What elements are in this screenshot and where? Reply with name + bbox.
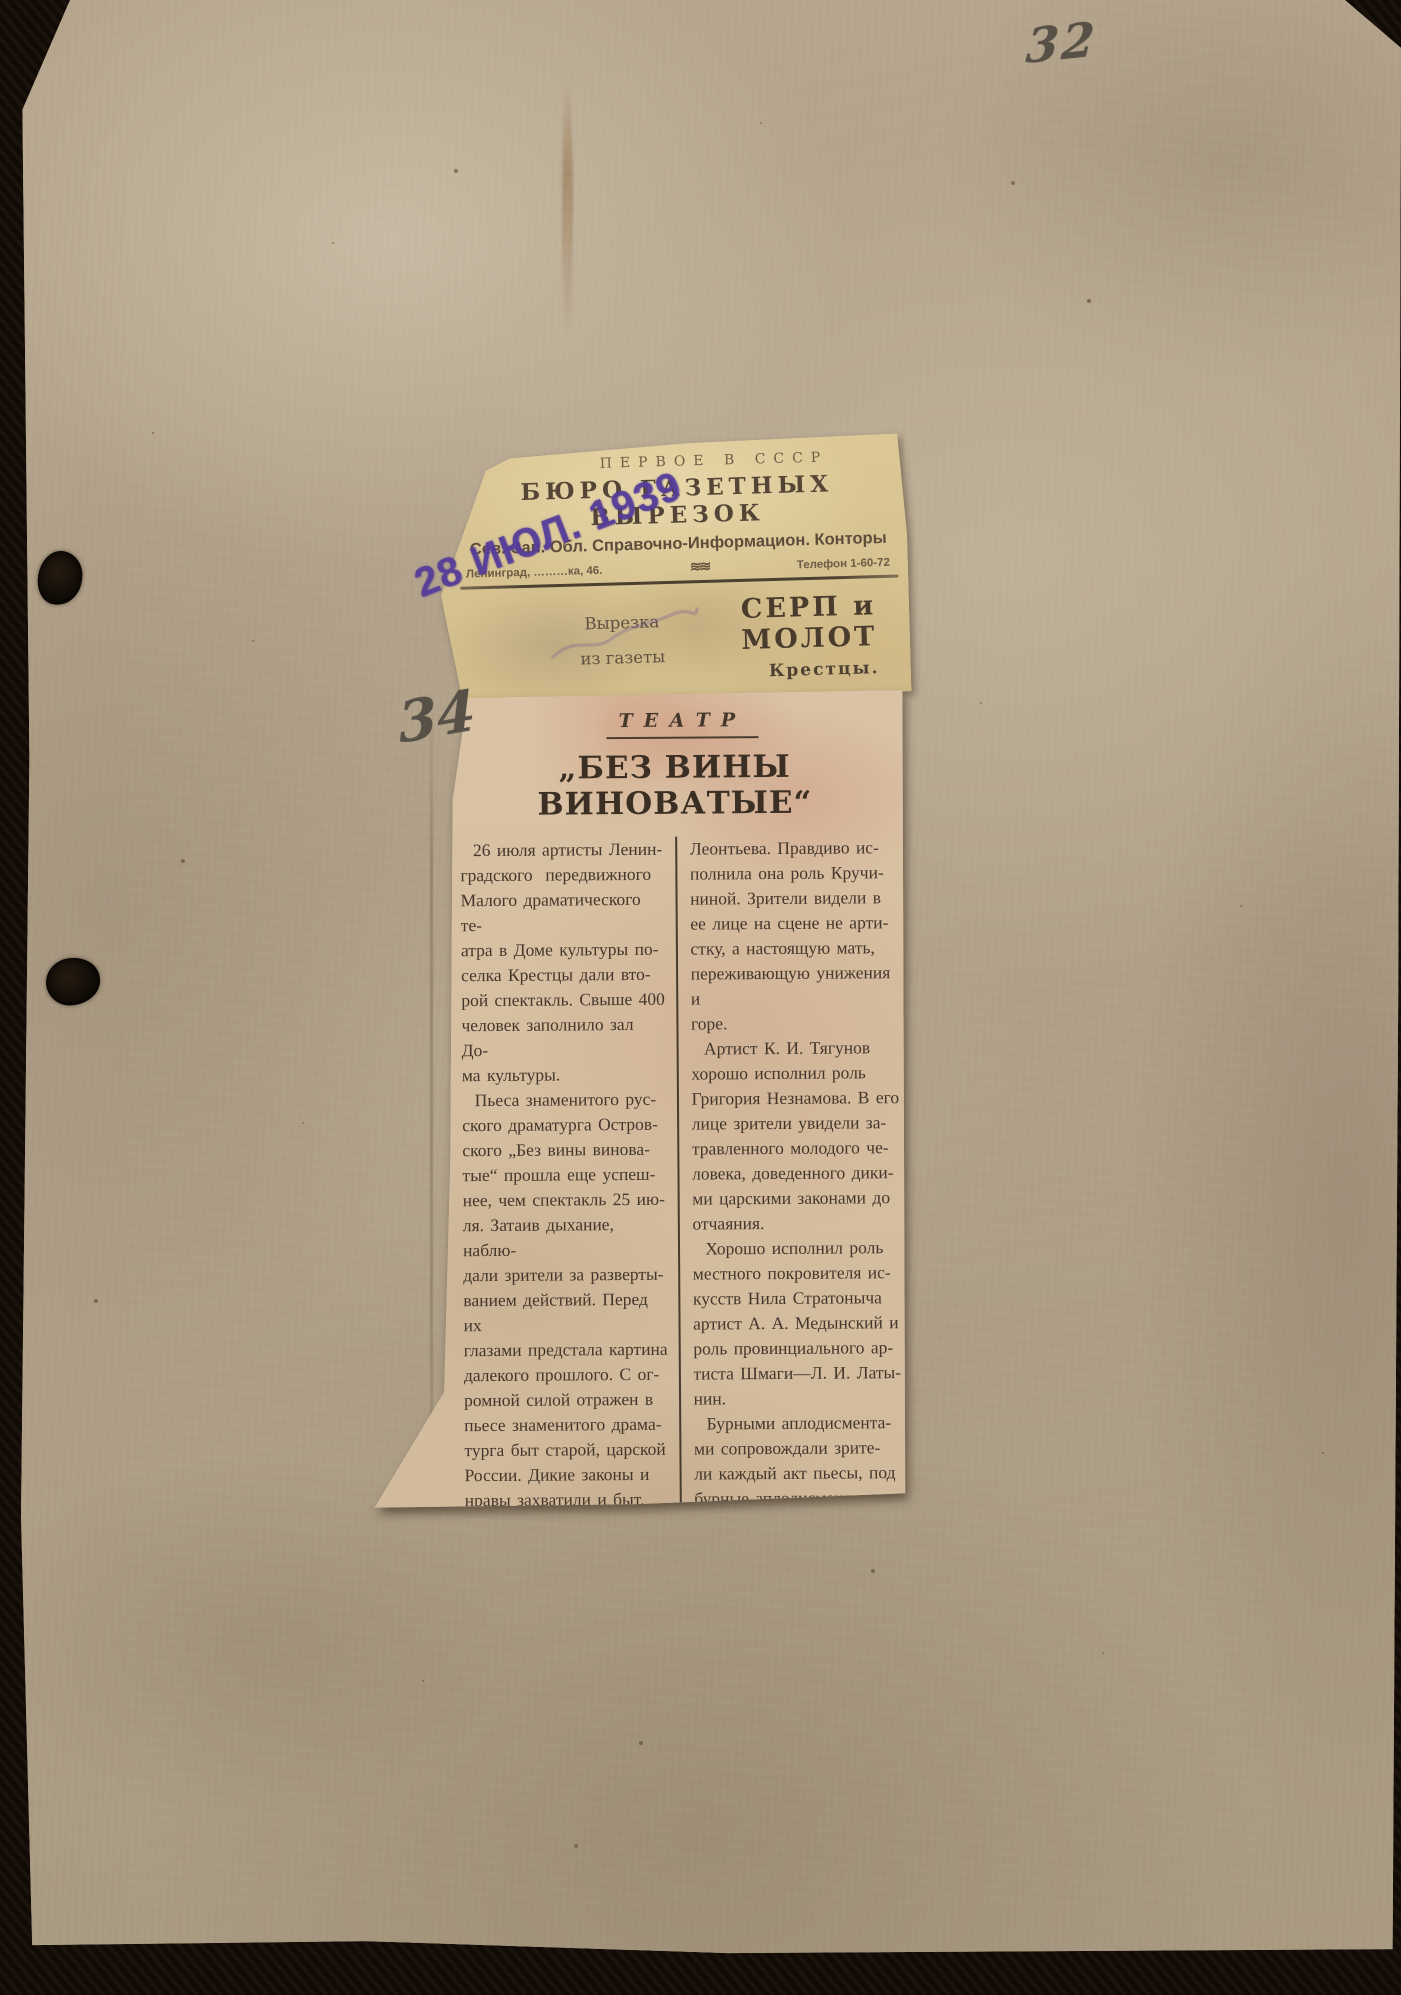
newspaper-name: СЕРП и МОЛОТ <box>717 590 900 657</box>
handwritten-clipping-number: 34 <box>396 677 477 757</box>
handwritten-page-number: 32 <box>1024 12 1099 75</box>
printer-ornament-icon: ≋≋ <box>690 558 710 576</box>
stain-streak <box>562 82 573 340</box>
source-block: СЕРП и МОЛОТ Крестцы. <box>717 588 901 683</box>
paper-specks <box>0 0 2 2</box>
newspaper-place: Крестцы. <box>733 657 915 682</box>
article-clipping: ТЕАТР „БЕЗ ВИНЫ ВИНОВАТЫЕ“ 26 июля артис… <box>355 690 911 1516</box>
article-headline: „БЕЗ ВИНЫ ВИНОВАТЫЕ“ <box>356 748 906 824</box>
ink-scribble <box>545 595 705 675</box>
article-column-right-text: Леонтьева. Правдиво ис- полнила она роль… <box>690 835 907 1536</box>
slip-phone: Телефон 1-60-72 <box>797 557 890 572</box>
article-clipping-wrapper: ТЕАТР „БЕЗ ВИНЫ ВИНОВАТЫЕ“ 26 июля артис… <box>358 692 908 1514</box>
section-title: ТЕАТР <box>606 709 758 739</box>
